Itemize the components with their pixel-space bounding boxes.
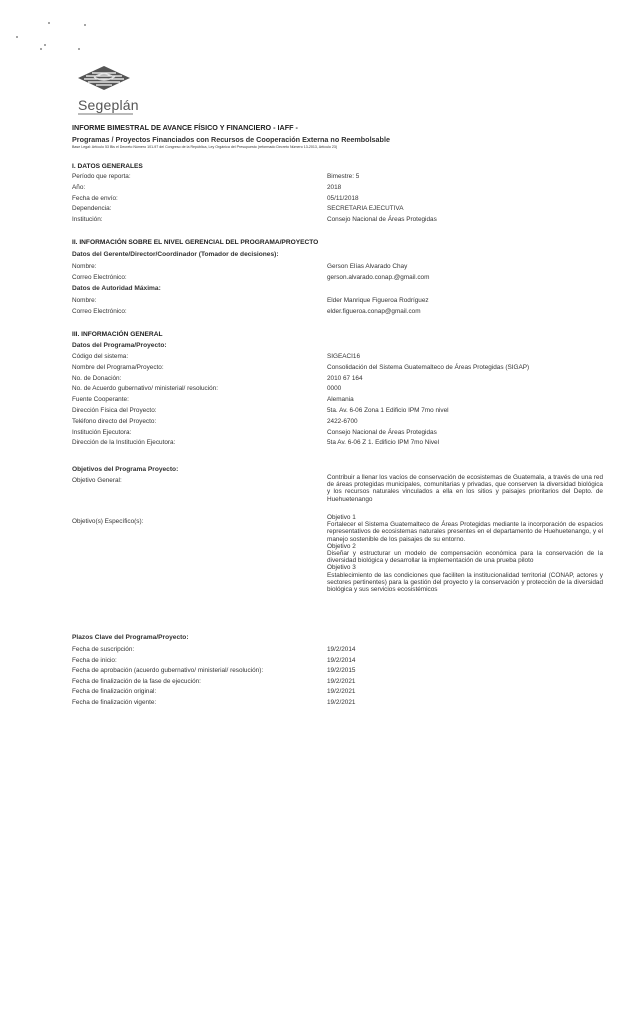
general-objective-text: Contribuir a llenar los vacíos de conser… bbox=[327, 474, 603, 503]
specific-objectives: Objetivo 1Fortalecer el Sistema Guatemal… bbox=[327, 514, 603, 593]
field-value: 0000 bbox=[327, 385, 341, 392]
segeplan-logo-icon bbox=[76, 64, 132, 94]
field-label: Fecha de finalización de la fase de ejec… bbox=[72, 678, 201, 685]
field-value: elder.figueroa.conap@gmail.com bbox=[327, 308, 421, 315]
field-label: Código del sistema: bbox=[72, 353, 128, 360]
field-label: Teléfono directo del Proyecto: bbox=[72, 418, 156, 425]
field-value: 5ta. Av. 6-06 Zona 1 Edificio IPM 7mo ni… bbox=[327, 407, 449, 414]
field-label: Nombre del Programa/Proyecto: bbox=[72, 364, 164, 371]
field-label: Fecha de inicio: bbox=[72, 657, 117, 664]
general-objective-label: Objetivo General: bbox=[72, 477, 122, 484]
field-value: 19/2/2021 bbox=[327, 678, 355, 685]
field-value: 05/11/2018 bbox=[327, 195, 359, 202]
field-label: Nombre: bbox=[72, 297, 97, 304]
field-label: Dirección de la Institución Ejecutora: bbox=[72, 439, 175, 446]
field-value: 2010 67 164 bbox=[327, 375, 363, 382]
field-label: Institución Ejecutora: bbox=[72, 429, 131, 436]
report-subtitle: Programas / Proyectos Financiados con Re… bbox=[72, 135, 390, 144]
field-value: Consejo Nacional de Áreas Protegidas bbox=[327, 429, 437, 436]
field-label: Nombre: bbox=[72, 263, 97, 270]
manager-heading: Datos del Gerente/Director/Coordinador (… bbox=[72, 251, 279, 258]
legal-basis: Base Legal: Artículo 53 Bis el Decreto N… bbox=[72, 145, 337, 149]
field-label: Dependencia: bbox=[72, 205, 111, 212]
field-value: Consolidación del Sistema Guatemalteco d… bbox=[327, 364, 529, 371]
field-label: Fecha de aprobación (acuerdo gubernativo… bbox=[72, 667, 263, 674]
report-title: INFORME BIMESTRAL DE AVANCE FÍSICO Y FIN… bbox=[72, 123, 298, 132]
field-value: SIGEACI16 bbox=[327, 353, 360, 360]
field-value: 19/2/2015 bbox=[327, 667, 355, 674]
specific-objective-heading: Objetivo 3 bbox=[327, 564, 603, 571]
field-value: Elder Manrique Figueroa Rodríguez bbox=[327, 297, 429, 304]
specific-objectives-label: Objetivo(s) Específico(s): bbox=[72, 518, 143, 525]
section-3-title: III. INFORMACIÓN GENERAL bbox=[72, 331, 162, 338]
logo-tagline bbox=[78, 113, 133, 115]
section-1-title: I. DATOS GENERALES bbox=[72, 163, 143, 170]
field-label: Fecha de finalización original: bbox=[72, 688, 156, 695]
field-label: Institución: bbox=[72, 216, 103, 223]
field-label: Período que reporta: bbox=[72, 173, 131, 180]
field-value: 19/2/2021 bbox=[327, 688, 355, 695]
specific-objective-heading: Objetivo 2 bbox=[327, 543, 603, 550]
program-heading: Datos del Programa/Proyecto: bbox=[72, 342, 167, 349]
field-label: No. de Acuerdo gubernativo/ ministerial/… bbox=[72, 385, 218, 392]
field-label: Dirección Física del Proyecto: bbox=[72, 407, 157, 414]
field-value: 2422-6700 bbox=[327, 418, 358, 425]
logo-name: Segeplán bbox=[78, 97, 139, 113]
field-value: 19/2/2014 bbox=[327, 657, 355, 664]
field-label: Fecha de finalización vigente: bbox=[72, 699, 156, 706]
field-value: 19/2/2014 bbox=[327, 646, 355, 653]
objectives-heading: Objetivos del Programa Proyecto: bbox=[72, 466, 178, 473]
field-value: Bimestre: 5 bbox=[327, 173, 359, 180]
field-label: Fecha de suscripción: bbox=[72, 646, 134, 653]
field-value: Consejo Nacional de Áreas Protegidas bbox=[327, 216, 437, 223]
field-label: No. de Donación: bbox=[72, 375, 121, 382]
specific-objective-text: Fortalecer el Sistema Guatemalteco de Ár… bbox=[327, 521, 603, 543]
deadlines-heading: Plazos Clave del Programa/Proyecto: bbox=[72, 634, 189, 641]
field-label: Fuente Cooperante: bbox=[72, 396, 129, 403]
specific-objective-text: Diseñar y estructurar un modelo de compe… bbox=[327, 550, 603, 564]
field-label: Fecha de envío: bbox=[72, 195, 118, 202]
field-value: 2018 bbox=[327, 184, 341, 191]
field-value: SECRETARIA EJECUTIVA bbox=[327, 205, 403, 212]
section-2-title: II. INFORMACIÓN SOBRE EL NIVEL GERENCIAL… bbox=[72, 239, 318, 246]
field-value: Alemania bbox=[327, 396, 354, 403]
specific-objective-text: Establecimiento de las condiciones que f… bbox=[327, 572, 603, 594]
field-value: 19/2/2021 bbox=[327, 699, 355, 706]
authority-heading: Datos de Autoridad Máxima: bbox=[72, 285, 161, 292]
field-value: 5ta Av. 6-06 Z 1. Edificio IPM 7mo Nivel bbox=[327, 439, 439, 446]
field-label: Correo Electrónico: bbox=[72, 308, 127, 315]
field-value: gerson.alvarado.conap.@gmail.com bbox=[327, 274, 429, 281]
field-label: Año: bbox=[72, 184, 85, 191]
field-label: Correo Electrónico: bbox=[72, 274, 127, 281]
field-value: Gerson Elías Alvarado Chay bbox=[327, 263, 407, 270]
